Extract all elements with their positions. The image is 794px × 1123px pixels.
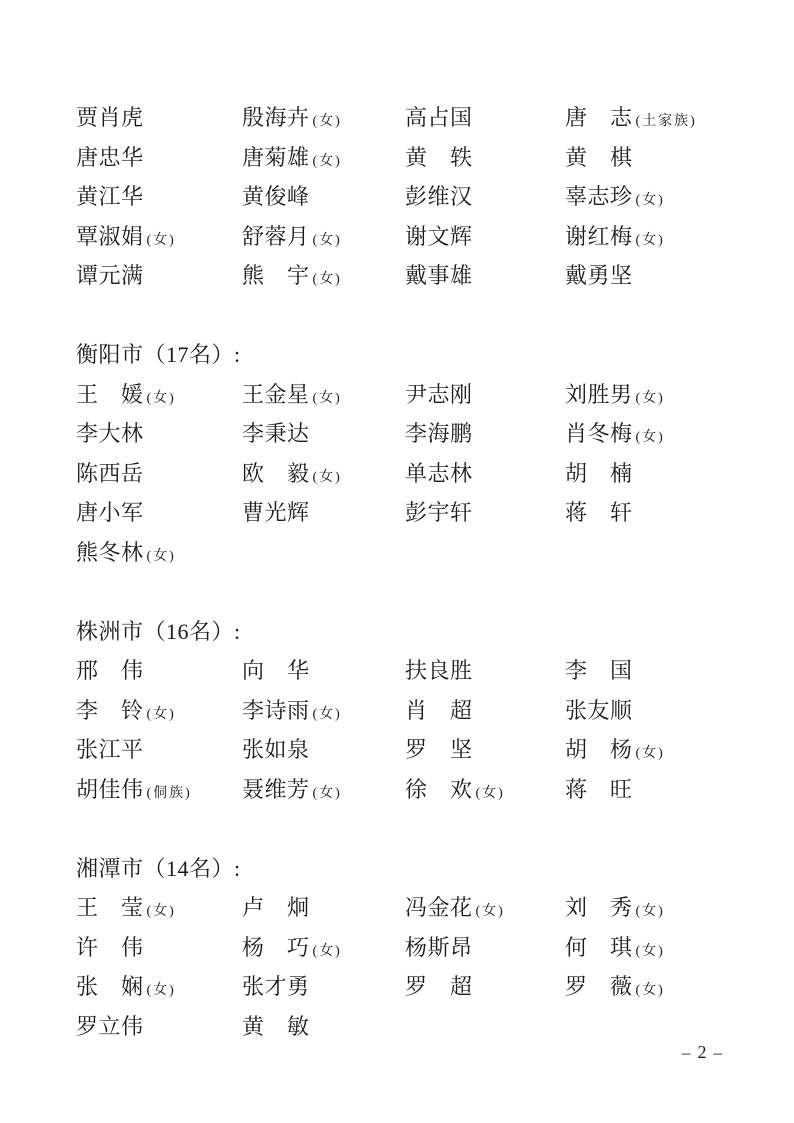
person-suffix: (女) [636,391,665,406]
person-suffix: (女) [313,470,342,485]
person-name: 覃淑娟 [76,224,144,249]
section-spacer [76,571,754,611]
name-row: 谭元满熊 宇(女)戴事雄戴勇坚 [76,255,754,295]
person-name: 唐小军 [76,500,144,525]
name-cell: 罗 超 [405,970,565,1001]
person-suffix: (女) [636,430,665,445]
person-name: 彭宇轩 [405,500,473,525]
section-heading: 株洲市（16名）: [76,611,754,651]
name-cell: 唐小军 [76,496,242,527]
person-name: 聂维芳 [242,777,310,802]
name-row: 唐小军曹光辉彭宇轩蒋 轩 [76,492,754,532]
person-name: 罗 薇 [565,974,633,999]
name-cell: 徐 欢(女) [405,773,565,804]
person-name: 殷海卉 [242,105,310,130]
person-name: 戴勇坚 [565,263,633,288]
name-cell: 黄俊峰 [242,180,405,211]
name-cell: 欧 毅(女) [242,457,405,488]
name-cell: 王金星(女) [242,378,405,409]
name-cell: 殷海卉(女) [242,101,405,132]
name-row: 王 莹(女)卢 炯冯金花(女)刘 秀(女) [76,887,754,927]
name-cell: 李 铃(女) [76,694,242,725]
name-cell: 刘 秀(女) [565,891,754,922]
name-cell: 唐忠华 [76,141,242,172]
name-cell: 曹光辉 [242,496,405,527]
person-suffix: (女) [636,233,665,248]
person-suffix: (土家族) [636,114,697,129]
person-name: 刘胜男 [565,382,633,407]
person-name: 肖 超 [405,698,473,723]
person-name: 唐忠华 [76,145,144,170]
name-row: 张江平张如泉罗 坚胡 杨(女) [76,729,754,769]
name-cell: 杨 巧(女) [242,931,405,962]
person-suffix: (女) [636,904,665,919]
name-cell: 李海鹏 [405,417,565,448]
section-heading: 衡阳市（17名）: [76,334,754,374]
person-suffix: (女) [313,786,342,801]
name-cell: 辜志珍(女) [565,180,754,211]
name-cell: 罗 坚 [405,733,565,764]
person-suffix: (女) [147,391,176,406]
person-name: 曹光辉 [242,500,310,525]
name-cell: 卢 炯 [242,891,405,922]
person-name: 肖冬梅 [565,421,633,446]
name-row: 熊冬林(女) [76,532,754,572]
person-name: 徐 欢 [405,777,473,802]
person-suffix: (女) [313,233,342,248]
person-name: 蒋 轩 [565,500,633,525]
name-cell: 戴事雄 [405,259,565,290]
person-name: 唐菊雄 [242,145,310,170]
name-cell: 贾肖虎 [76,101,242,132]
name-cell: 张江平 [76,733,242,764]
name-cell: 黄 棋 [565,141,754,172]
person-name: 张 娴 [76,974,144,999]
name-cell: 胡佳伟(侗族) [76,773,242,804]
person-name: 张如泉 [242,737,310,762]
person-name: 舒蓉月 [242,224,310,249]
person-suffix: (女) [147,904,176,919]
name-cell: 唐菊雄(女) [242,141,405,172]
person-name: 熊 宇 [242,263,310,288]
person-name: 唐 志 [565,105,633,130]
person-name: 胡佳伟 [76,777,144,802]
name-cell: 高占国 [405,101,565,132]
name-row: 陈西岳欧 毅(女)单志林胡 楠 [76,453,754,493]
person-name: 熊冬林 [76,540,144,565]
person-name: 罗 坚 [405,737,473,762]
name-cell: 罗立伟 [76,1010,242,1041]
name-cell: 扶良胜 [405,654,565,685]
person-suffix: (女) [147,549,176,564]
person-name: 戴事雄 [405,263,473,288]
person-name: 杨斯昂 [405,935,473,960]
person-suffix: (女) [636,746,665,761]
name-row: 唐忠华唐菊雄(女)黄 轶黄 棋 [76,137,754,177]
page-number: – 2 – [682,1042,722,1063]
person-name: 李 铃 [76,698,144,723]
name-cell: 张如泉 [242,733,405,764]
name-cell: 向 华 [242,654,405,685]
name-cell: 陈西岳 [76,457,242,488]
person-suffix: (女) [313,707,342,722]
name-cell: 罗 薇(女) [565,970,754,1001]
person-name: 胡 杨 [565,737,633,762]
name-cell: 杨斯昂 [405,931,565,962]
person-suffix: (女) [313,114,342,129]
name-row: 李大林李秉达李海鹏肖冬梅(女) [76,413,754,453]
name-row: 覃淑娟(女)舒蓉月(女)谢文辉谢红梅(女) [76,216,754,256]
person-suffix: (女) [476,904,505,919]
person-name: 王 莹 [76,895,144,920]
name-cell: 李大林 [76,417,242,448]
name-cell: 许 伟 [76,931,242,962]
name-cell: 单志林 [405,457,565,488]
person-name: 罗 超 [405,974,473,999]
person-suffix: (女) [313,944,342,959]
person-suffix: (女) [147,707,176,722]
person-suffix: (女) [313,391,342,406]
name-cell: 张 娴(女) [76,970,242,1001]
person-name: 张友顺 [565,698,633,723]
name-cell: 谢红梅(女) [565,220,754,251]
person-name: 卢 炯 [242,895,310,920]
name-cell: 邢 伟 [76,654,242,685]
person-name: 谢文辉 [405,224,473,249]
person-suffix: (女) [636,944,665,959]
person-name: 李海鹏 [405,421,473,446]
person-name: 向 华 [242,658,310,683]
name-cell: 覃淑娟(女) [76,220,242,251]
name-cell: 舒蓉月(女) [242,220,405,251]
person-name: 谭元满 [76,263,144,288]
name-cell: 张友顺 [565,694,754,725]
name-cell: 蒋 旺 [565,773,754,804]
person-name: 黄俊峰 [242,184,310,209]
name-cell: 李诗雨(女) [242,694,405,725]
name-cell: 王 莹(女) [76,891,242,922]
section-heading: 湘潭市（14名）: [76,848,754,888]
person-name: 蒋 旺 [565,777,633,802]
name-row: 邢 伟向 华扶良胜李 国 [76,650,754,690]
person-name: 张江平 [76,737,144,762]
name-cell: 胡 杨(女) [565,733,754,764]
person-name: 尹志刚 [405,382,473,407]
person-suffix: (女) [636,983,665,998]
name-cell: 黄江华 [76,180,242,211]
person-name: 刘 秀 [565,895,633,920]
name-cell: 黄 轶 [405,141,565,172]
person-name: 彭维汉 [405,184,473,209]
person-suffix: (侗族) [147,786,192,801]
person-name: 许 伟 [76,935,144,960]
person-name: 何 琪 [565,935,633,960]
section-spacer [76,295,754,335]
person-suffix: (女) [147,983,176,998]
person-name: 李大林 [76,421,144,446]
name-cell: 刘胜男(女) [565,378,754,409]
person-name: 杨 巧 [242,935,310,960]
name-cell: 戴勇坚 [565,259,754,290]
name-cell: 彭宇轩 [405,496,565,527]
name-cell: 黄 敏 [242,1010,405,1041]
name-row: 胡佳伟(侗族)聂维芳(女)徐 欢(女)蒋 旺 [76,769,754,809]
person-name: 高占国 [405,105,473,130]
person-suffix: (女) [313,154,342,169]
name-cell: 彭维汉 [405,180,565,211]
name-row: 黄江华黄俊峰彭维汉辜志珍(女) [76,176,754,216]
person-name: 陈西岳 [76,461,144,486]
name-row: 许 伟杨 巧(女)杨斯昂何 琪(女) [76,927,754,967]
name-row: 李 铃(女)李诗雨(女)肖 超张友顺 [76,690,754,730]
section-spacer [76,808,754,848]
name-cell: 李秉达 [242,417,405,448]
name-row: 罗立伟黄 敏 [76,1006,754,1046]
name-cell: 肖 超 [405,694,565,725]
person-suffix: (女) [147,233,176,248]
person-name: 欧 毅 [242,461,310,486]
name-cell: 谭元满 [76,259,242,290]
name-roster: 贾肖虎殷海卉(女)高占国唐 志(土家族)唐忠华唐菊雄(女)黄 轶黄 棋黄江华黄俊… [76,97,754,1045]
person-name: 李 国 [565,658,633,683]
page-number-dash-left: – [682,1043,691,1063]
person-name: 罗立伟 [76,1014,144,1039]
name-cell: 熊 宇(女) [242,259,405,290]
person-name: 冯金花 [405,895,473,920]
person-name: 王 媛 [76,382,144,407]
person-name: 李诗雨 [242,698,310,723]
person-name: 扶良胜 [405,658,473,683]
person-name: 王金星 [242,382,310,407]
person-suffix: (女) [636,193,665,208]
person-name: 黄 轶 [405,145,473,170]
person-name: 黄 棋 [565,145,633,170]
name-cell: 王 媛(女) [76,378,242,409]
document-page: 贾肖虎殷海卉(女)高占国唐 志(土家族)唐忠华唐菊雄(女)黄 轶黄 棋黄江华黄俊… [0,0,794,1123]
name-cell: 尹志刚 [405,378,565,409]
name-cell: 谢文辉 [405,220,565,251]
name-row: 张 娴(女)张才勇罗 超罗 薇(女) [76,966,754,1006]
name-cell: 熊冬林(女) [76,536,242,567]
person-name: 辜志珍 [565,184,633,209]
person-name: 张才勇 [242,974,310,999]
person-suffix: (女) [313,272,342,287]
name-cell: 胡 楠 [565,457,754,488]
name-cell: 聂维芳(女) [242,773,405,804]
name-cell: 何 琪(女) [565,931,754,962]
person-name: 黄 敏 [242,1014,310,1039]
name-cell: 冯金花(女) [405,891,565,922]
page-number-value: 2 [698,1042,707,1063]
name-cell: 唐 志(土家族) [565,101,754,132]
person-name: 单志林 [405,461,473,486]
name-cell: 肖冬梅(女) [565,417,754,448]
person-name: 贾肖虎 [76,105,144,130]
name-row: 王 媛(女)王金星(女)尹志刚刘胜男(女) [76,374,754,414]
person-name: 黄江华 [76,184,144,209]
person-name: 李秉达 [242,421,310,446]
name-row: 贾肖虎殷海卉(女)高占国唐 志(土家族) [76,97,754,137]
person-name: 邢 伟 [76,658,144,683]
person-suffix: (女) [476,786,505,801]
person-name: 胡 楠 [565,461,633,486]
name-cell: 蒋 轩 [565,496,754,527]
page-number-dash-right: – [714,1043,723,1063]
person-name: 谢红梅 [565,224,633,249]
name-cell: 张才勇 [242,970,405,1001]
name-cell: 李 国 [565,654,754,685]
